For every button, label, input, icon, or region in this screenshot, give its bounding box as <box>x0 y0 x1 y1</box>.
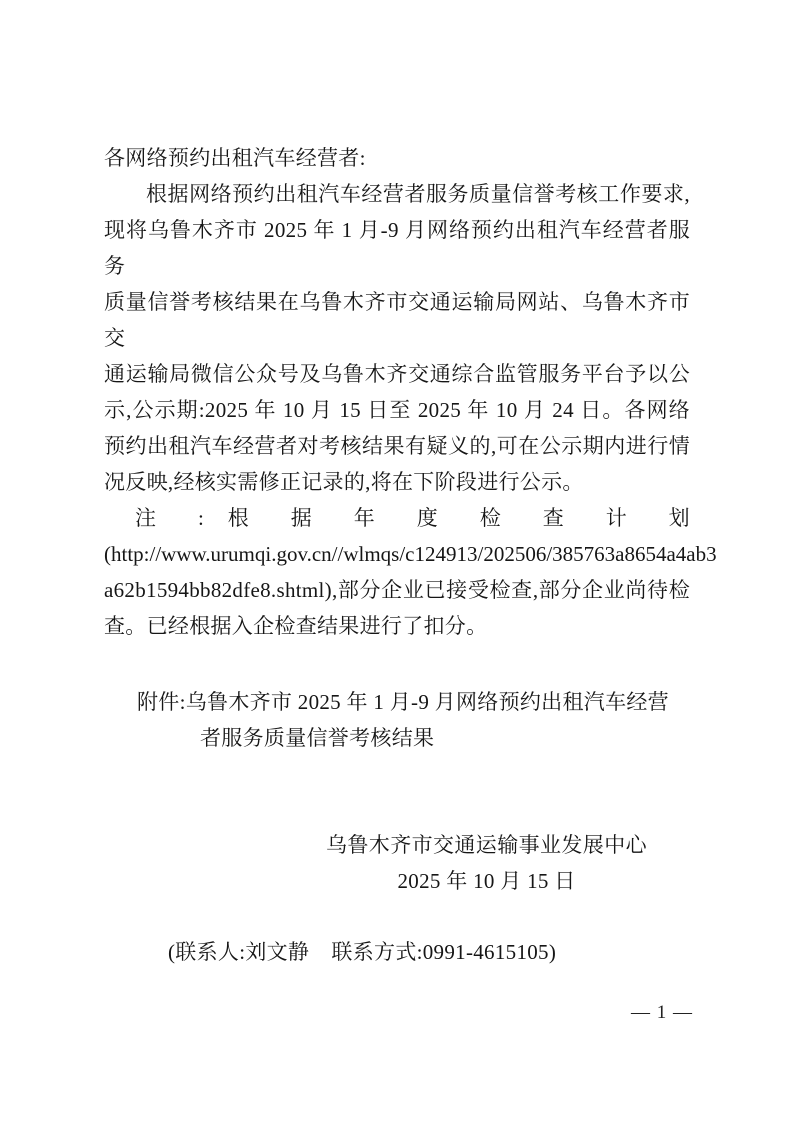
paragraph1-line: 预约出租汽车经营者对考核结果有疑义的,可在公示期内进行情 <box>104 428 690 464</box>
attachment-line1: 附件:乌鲁木齐市 2025 年 1 月-9 月网络预约出租汽车经营 <box>104 684 690 720</box>
attachment-line2: 者服务质量信誉考核结果 <box>104 720 690 756</box>
note-url-line: (http://www.urumqi.gov.cn//wlmqs/c124913… <box>104 536 690 572</box>
note-heading: 注 : 根 据 年 度 检 查 计 划 <box>104 500 690 536</box>
paragraph1-line: 根据网络预约出租汽车经营者服务质量信誉考核工作要求, <box>104 176 690 212</box>
signature-section: 乌鲁木齐市交通运输事业发展中心 2025 年 10 月 15 日 <box>326 827 647 899</box>
attachment-section: 附件:乌鲁木齐市 2025 年 1 月-9 月网络预约出租汽车经营 者服务质量信… <box>104 684 690 756</box>
paragraph1-line: 现将乌鲁木齐市 2025 年 1 月-9 月网络预约出租汽车经营者服务 <box>104 212 690 284</box>
paragraph1-line: 示,公示期:2025 年 10 月 15 日至 2025 年 10 月 24 日… <box>104 392 690 428</box>
note-url-line: a62b1594bb82dfe8.shtml),部分企业已接受检查,部分企业尚待… <box>104 572 690 608</box>
note-tail-line: 查。已经根据入企检查结果进行了扣分。 <box>104 608 690 644</box>
issue-date: 2025 年 10 月 15 日 <box>326 863 647 899</box>
paragraph1-line: 况反映,经核实需修正记录的,将在下阶段进行公示。 <box>104 464 690 500</box>
page-number: — 1 — <box>631 1002 693 1024</box>
salutation: 各网络预约出租汽车经营者: <box>104 140 690 176</box>
document-body: 各网络预约出租汽车经营者: 根据网络预约出租汽车经营者服务质量信誉考核工作要求,… <box>104 140 690 970</box>
contact-info: (联系人:刘文静 联系方式:0991-4615105) <box>104 934 690 970</box>
paragraph1-line: 通运输局微信公众号及乌鲁木齐交通综合监管服务平台予以公 <box>104 356 690 392</box>
issuing-organization: 乌鲁木齐市交通运输事业发展中心 <box>326 827 647 863</box>
paragraph1-line: 质量信誉考核结果在乌鲁木齐市交通运输局网站、乌鲁木齐市交 <box>104 284 690 356</box>
document-page: 各网络预约出租汽车经营者: 根据网络预约出租汽车经营者服务质量信誉考核工作要求,… <box>0 0 793 1122</box>
